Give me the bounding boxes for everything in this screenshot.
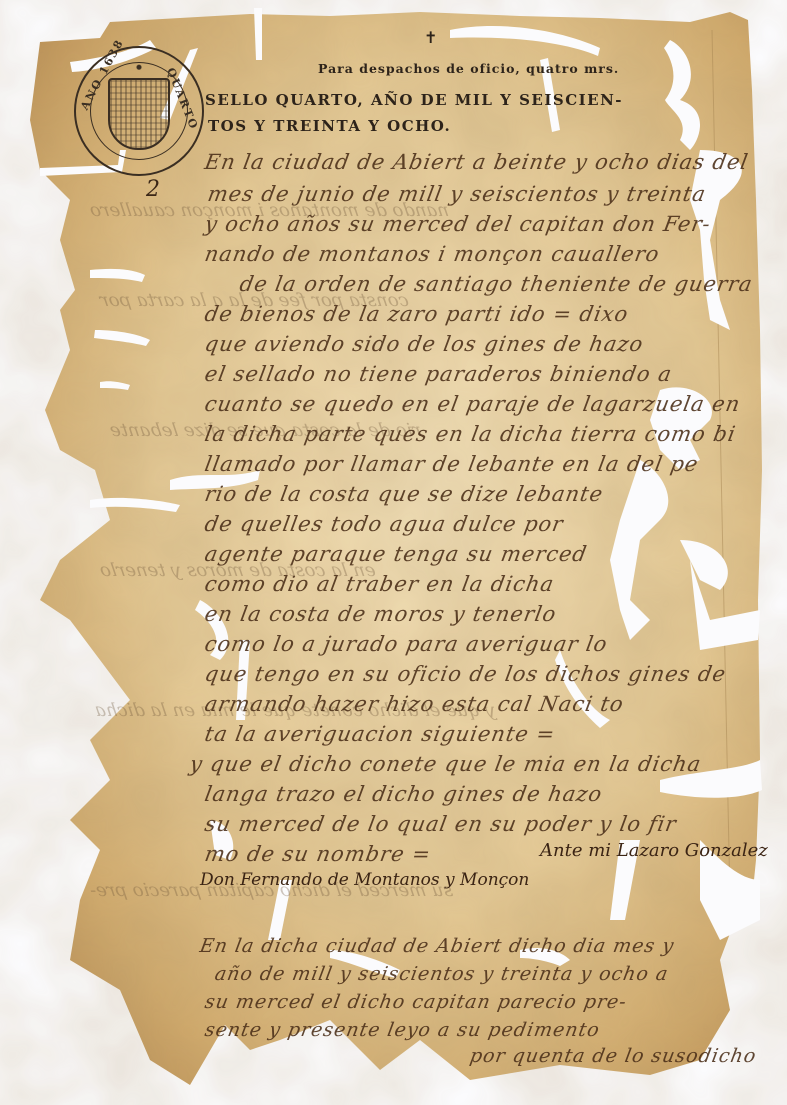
handwritten-line: como lo a jurado para averiguar lo	[203, 632, 610, 656]
handwritten-line: su merced el dicho capitan parecio pre-	[203, 991, 629, 1013]
handwritten-line: ta la averiguacion siguiente =	[203, 722, 557, 746]
handwritten-line: cuanto se quedo en el paraje de lagarzue…	[203, 392, 743, 416]
handwritten-line: langa trazo el dicho gines de hazo	[203, 782, 604, 806]
handwritten-line: nando de montanos i monçon cauallero	[203, 242, 662, 266]
handwritten-line: la dicha parte ques en la dicha tierra c…	[203, 422, 738, 446]
handwritten-line: que tengo en su oficio de los dichos gin…	[203, 662, 728, 686]
handwritten-line: armando hazer hizo esta cal Naci to	[203, 692, 626, 716]
signature-left: Don Fernando de Montanos y Monçon	[200, 870, 529, 890]
printed-heading-line-1: Para despachos de oficio, quatro mrs.	[318, 61, 619, 76]
top-cross-mark: ✝	[424, 28, 437, 47]
handwritten-line: sente y presente leyo a su pedimento	[203, 1019, 602, 1041]
handwritten-line: de quelles todo agua dulce por	[203, 512, 566, 536]
handwritten-line: y ocho años su merced del capitan don Fe…	[203, 212, 713, 236]
handwritten-line: mes de junio de mill y seiscientos y tre…	[206, 182, 708, 206]
royal-stamp-seal: ANO 1638 QUARTO	[74, 46, 204, 176]
crown-icon	[116, 60, 162, 80]
handwritten-line: por quenta de lo susodicho	[468, 1045, 758, 1067]
handwritten-line: En la dicha ciudad de Abiert dicho dia m…	[198, 935, 676, 957]
handwritten-line: agente paraque tenga su merced	[203, 542, 589, 566]
coat-of-arms-icon	[108, 78, 170, 150]
handwritten-line: de la orden de santiago theniente de gue…	[238, 272, 755, 296]
handwritten-line: el sellado no tiene paraderos biniendo a	[203, 362, 674, 386]
handwritten-line: que aviendo sido de los gines de hazo	[203, 332, 646, 356]
handwritten-line: mo de su nombre =	[203, 842, 433, 866]
handwritten-line: año de mill y seiscientos y treinta y oc…	[213, 963, 670, 985]
handwritten-line: En la ciudad de Abiert a beinte y ocho d…	[203, 150, 751, 174]
handwritten-line: en la costa de moros y tenerlo	[203, 602, 559, 626]
handwritten-line: llamado por llamar de lebante en la del …	[203, 452, 701, 476]
printed-heading-line-2: SELLO QUARTO, AÑO DE MIL Y SEISCIEN-	[205, 91, 623, 109]
handwritten-line: de bienos de la zaro parti ido = dixo	[203, 302, 631, 326]
handwritten-line: y que el dicho conete que le mia en la d…	[188, 752, 704, 776]
handwritten-line: rio de la costa que se dize lebante	[203, 482, 605, 506]
handwritten-line: su merced de lo qual en su poder y lo fi…	[203, 812, 679, 836]
manuscript-page: ✝ ANO 1638 QUARTO Para despachos de ofic…	[0, 0, 787, 1105]
signature-right: Ante mi Lazaro Gonzalez	[540, 840, 768, 861]
folio-number: 2	[146, 177, 160, 202]
handwritten-line: como dio al traber en la dicha	[203, 572, 556, 596]
printed-heading-line-3: TOS Y TREINTA Y OCHO.	[208, 117, 451, 135]
